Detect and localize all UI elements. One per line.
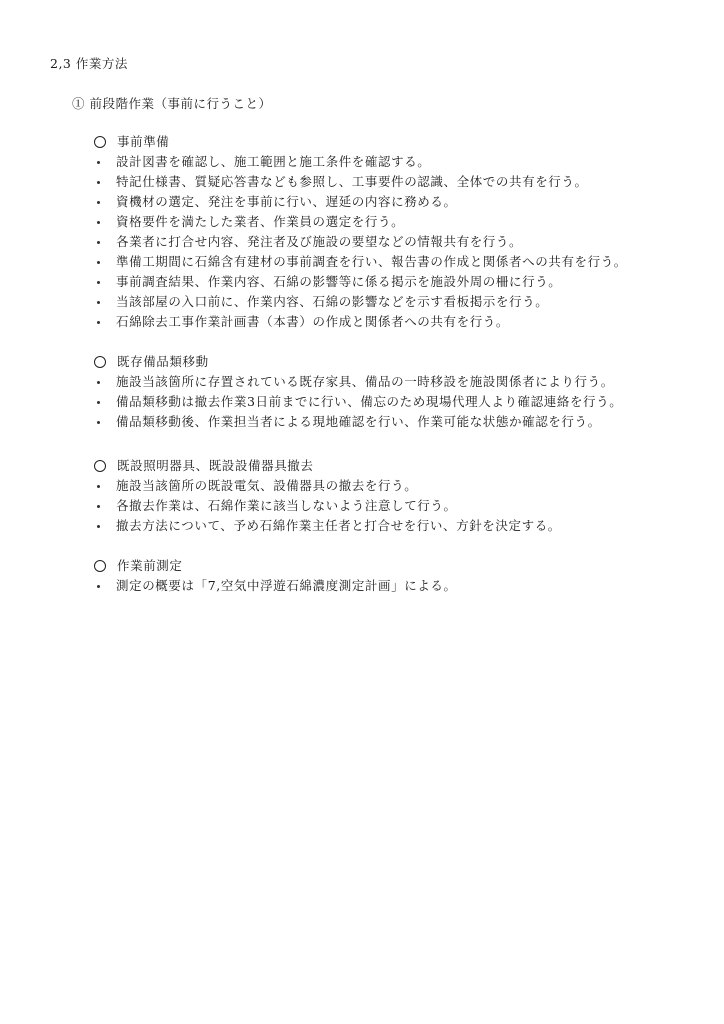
list-item: 事前調査結果、作業内容、石綿の影響等に係る掲示を施設外周の柵に行う。: [93, 272, 627, 292]
list-item-text: 資機材の選定、発注を事前に行い、遅延の内容に務める。: [116, 192, 457, 212]
circle-marker-icon: [94, 460, 106, 472]
group-advance-preparation: 事前準備 設計図書を確認し、施工範囲と施工条件を確認する。 特記仕様書、質疑応答…: [93, 132, 627, 332]
list-item-text: 資格要件を満たした業者、作業員の選定を行う。: [116, 212, 404, 232]
list-item: 施設当該箇所に存置されている既存家具、備品の一時移設を施設関係者により行う。: [93, 372, 622, 392]
bullet-icon: [97, 381, 100, 384]
group-existing-equipment-removal: 既設照明器具、既設設備器具撤去 施設当該箇所の既設電気、設備器具の撤去を行う。 …: [93, 456, 561, 536]
list-item: 石綿除去工事作業計画書（本書）の作成と関係者への共有を行う。: [93, 312, 627, 332]
bullet-icon: [97, 221, 100, 224]
subsection-title: ① 前段階作業（事前に行うこと）: [72, 94, 271, 112]
list-item-text: 測定の概要は「7,空気中浮遊石綿濃度測定計画」による。: [116, 576, 457, 596]
circle-marker-icon: [94, 356, 106, 368]
bullet-icon: [97, 321, 100, 324]
group-heading: 作業前測定: [93, 556, 457, 576]
list-item: 資機材の選定、発注を事前に行い、遅延の内容に務める。: [93, 192, 627, 212]
list-item-text: 準備工期間に石綿含有建材の事前調査を行い、報告書の作成と関係者への共有を行う。: [116, 252, 627, 272]
bullet-icon: [97, 281, 100, 284]
section-title: 2,3 作業方法: [50, 54, 128, 72]
list-item-text: 撤去方法について、予め石綿作業主任者と打合せを行い、方針を決定する。: [116, 516, 561, 536]
bullet-icon: [97, 201, 100, 204]
list-item: 各撤去作業は、石綿作業に該当しないよう注意して行う。: [93, 496, 561, 516]
group-pre-work-measurement: 作業前測定 測定の概要は「7,空気中浮遊石綿濃度測定計画」による。: [93, 556, 457, 596]
bullet-icon: [97, 161, 100, 164]
list-item: 備品類移動は撤去作業3日前までに行い、備忘のため現場代理人より確認連絡を行う。: [93, 392, 622, 412]
list-item-text: 備品類移動後、作業担当者による現地確認を行い、作業可能な状態か確認を行う。: [116, 412, 601, 432]
circle-marker-icon: [94, 560, 106, 572]
group-heading-label: 作業前測定: [117, 556, 183, 576]
group-heading-label: 既存備品類移動: [117, 352, 209, 372]
list-item: 撤去方法について、予め石綿作業主任者と打合せを行い、方針を決定する。: [93, 516, 561, 536]
group-heading: 既設照明器具、既設設備器具撤去: [93, 456, 561, 476]
circle-marker-icon: [94, 136, 106, 148]
bullet-icon: [97, 421, 100, 424]
list-item-text: 各業者に打合せ内容、発注者及び施設の要望などの情報共有を行う。: [116, 232, 522, 252]
list-item: 準備工期間に石綿含有建材の事前調査を行い、報告書の作成と関係者への共有を行う。: [93, 252, 627, 272]
list-item: 測定の概要は「7,空気中浮遊石綿濃度測定計画」による。: [93, 576, 457, 596]
list-item: 設計図書を確認し、施工範囲と施工条件を確認する。: [93, 152, 627, 172]
list-item-text: 石綿除去工事作業計画書（本書）の作成と関係者への共有を行う。: [116, 312, 509, 332]
group-heading-label: 既設照明器具、既設設備器具撤去: [117, 456, 314, 476]
list-item-text: 備品類移動は撤去作業3日前までに行い、備忘のため現場代理人より確認連絡を行う。: [116, 392, 622, 412]
group-heading: 既存備品類移動: [93, 352, 622, 372]
bullet-icon: [97, 525, 100, 528]
list-item-text: 各撤去作業は、石綿作業に該当しないよう注意して行う。: [116, 496, 457, 516]
bullet-icon: [97, 401, 100, 404]
group-existing-fixtures-relocation: 既存備品類移動 施設当該箇所に存置されている既存家具、備品の一時移設を施設関係者…: [93, 352, 622, 432]
list-item: 備品類移動後、作業担当者による現地確認を行い、作業可能な状態か確認を行う。: [93, 412, 622, 432]
list-item: 特記仕様書、質疑応答書なども参照し、工事要件の認識、全体での共有を行う。: [93, 172, 627, 192]
list-item-text: 当該部屋の入口前に、作業内容、石綿の影響などを示す看板掲示を行う。: [116, 292, 548, 312]
list-item-text: 特記仕様書、質疑応答書なども参照し、工事要件の認識、全体での共有を行う。: [116, 172, 588, 192]
bullet-icon: [97, 505, 100, 508]
bullet-icon: [97, 241, 100, 244]
list-item: 当該部屋の入口前に、作業内容、石綿の影響などを示す看板掲示を行う。: [93, 292, 627, 312]
list-item: 各業者に打合せ内容、発注者及び施設の要望などの情報共有を行う。: [93, 232, 627, 252]
bullet-icon: [97, 261, 100, 264]
list-item: 資格要件を満たした業者、作業員の選定を行う。: [93, 212, 627, 232]
bullet-icon: [97, 485, 100, 488]
document-page: 2,3 作業方法 ① 前段階作業（事前に行うこと） 事前準備 設計図書を確認し、…: [0, 0, 724, 1024]
bullet-icon: [97, 181, 100, 184]
group-heading-label: 事前準備: [117, 132, 169, 152]
list-item-text: 事前調査結果、作業内容、石綿の影響等に係る掲示を施設外周の柵に行う。: [116, 272, 561, 292]
list-item-text: 設計図書を確認し、施工範囲と施工条件を確認する。: [116, 152, 430, 172]
list-item-text: 施設当該箇所の既設電気、設備器具の撤去を行う。: [116, 476, 417, 496]
group-heading: 事前準備: [93, 132, 627, 152]
bullet-icon: [97, 585, 100, 588]
bullet-icon: [97, 301, 100, 304]
list-item: 施設当該箇所の既設電気、設備器具の撤去を行う。: [93, 476, 561, 496]
list-item-text: 施設当該箇所に存置されている既存家具、備品の一時移設を施設関係者により行う。: [116, 372, 614, 392]
